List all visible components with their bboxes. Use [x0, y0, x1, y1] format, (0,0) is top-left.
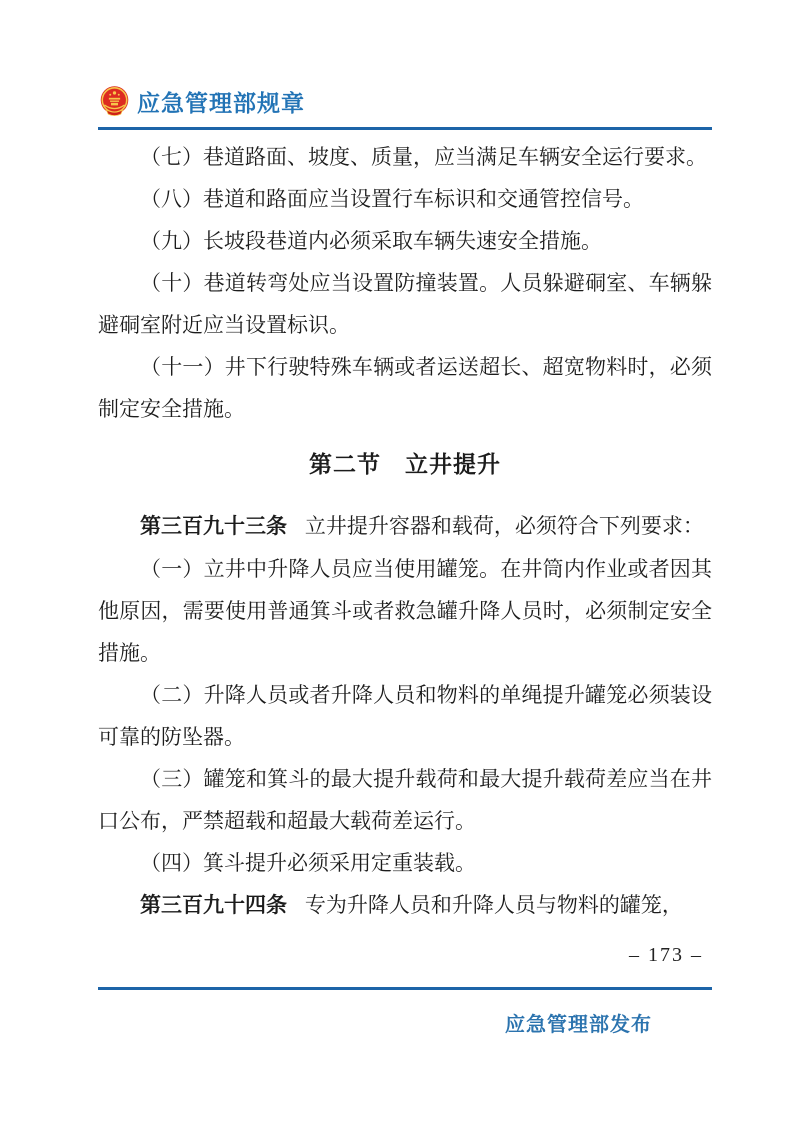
article-number: 第三百九十三条 — [140, 515, 287, 538]
page-header: 应急管理部规章 — [98, 84, 712, 118]
paragraph: （八）巷道和路面应当设置行车标识和交通管控信号。 — [98, 178, 712, 220]
paragraph: （四）箕斗提升必须采用定重装载。 — [98, 842, 712, 884]
article-paragraph: 第三百九十三条立井提升容器和载荷，必须符合下列要求： — [98, 505, 712, 548]
paragraph: （九）长坡段巷道内必须采取车辆失速安全措施。 — [98, 220, 712, 262]
article-paragraph: 第三百九十四条专为升降人员和升降人员与物料的罐笼， — [98, 884, 712, 927]
china-national-emblem-icon — [98, 85, 131, 118]
page-header-title: 应急管理部规章 — [137, 85, 305, 118]
paragraph: （七）巷道路面、坡度、质量，应当满足车辆安全运行要求。 — [98, 136, 712, 178]
paragraph: （一）立井中升降人员应当使用罐笼。在井筒内作业或者因其他原因，需要使用普通箕斗或… — [98, 548, 712, 674]
section-heading: 第二节 立井提升 — [98, 443, 712, 485]
paragraph: （十一）井下行驶特殊车辆或者运送超长、超宽物料时，必须制定安全措施。 — [98, 346, 712, 430]
article-number: 第三百九十四条 — [140, 894, 287, 917]
header-rule — [98, 127, 712, 130]
footer-publisher: 应急管理部发布 — [98, 1008, 712, 1037]
page-content: 应急管理部规章 （七）巷道路面、坡度、质量，应当满足车辆安全运行要求。（八）巷道… — [98, 84, 712, 927]
regulation-document-page: 应急管理部规章 （七）巷道路面、坡度、质量，应当满足车辆安全运行要求。（八）巷道… — [0, 0, 793, 1122]
page-number: – 173 – — [629, 944, 703, 967]
footer-rule — [98, 987, 712, 990]
paragraph: （三）罐笼和箕斗的最大提升载荷和最大提升载荷差应当在井口公布，严禁超载和超最大载… — [98, 758, 712, 842]
paragraph: （二）升降人员或者升降人员和物料的单绳提升罐笼必须装设可靠的防坠器。 — [98, 674, 712, 758]
document-body: （七）巷道路面、坡度、质量，应当满足车辆安全运行要求。（八）巷道和路面应当设置行… — [98, 136, 712, 927]
paragraph: （十）巷道转弯处应当设置防撞装置。人员躲避硐室、车辆躲避硐室附近应当设置标识。 — [98, 262, 712, 346]
